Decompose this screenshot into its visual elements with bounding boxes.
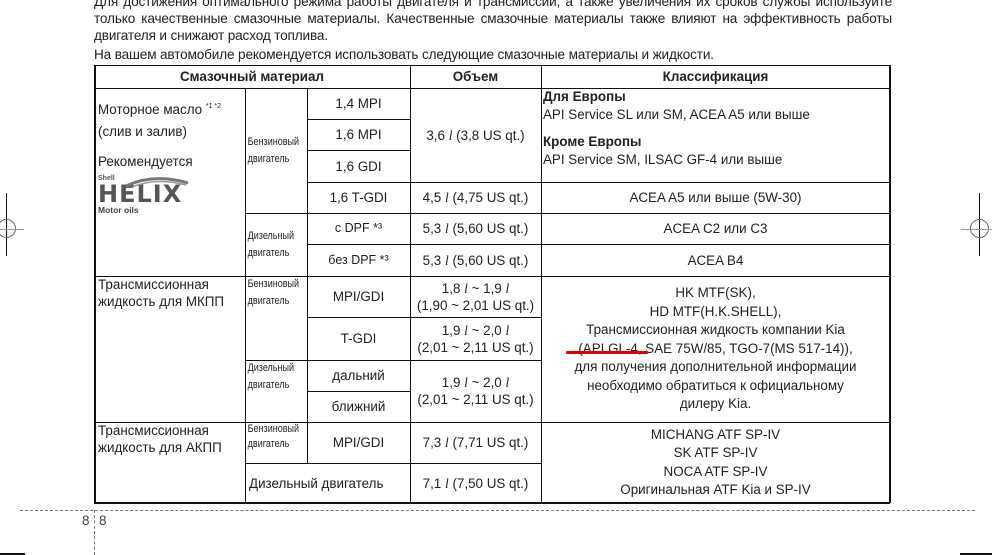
page-fold-line xyxy=(20,510,975,511)
classification-line: дилеру Kia. xyxy=(680,395,751,414)
lubricants-table: Смазочный материал Объем Классификация М… xyxy=(94,65,890,503)
intro-text: Для достижения оптимального режима работ… xyxy=(94,0,892,63)
variant-cell: с DPF *³ xyxy=(307,213,410,244)
manual-trans-classification: HK MTF(SK),HD MTF(H.K.SHELL),Трансмиссио… xyxy=(541,276,890,422)
volume-cell: 7,1 l (7,50 US qt.) xyxy=(410,463,541,503)
engine-oil-classification: Для Европы API Service SL или SM, ACEA A… xyxy=(543,88,883,169)
variant-cell: T-GDI xyxy=(307,317,410,360)
page-number-right: 8 xyxy=(99,513,107,528)
classification-line: необходимо обратиться к официальному xyxy=(587,377,844,396)
engine-oil-label: Моторное масло *1 *2 (слив и залив) Реко… xyxy=(98,96,221,173)
classification-cell: ACEA C2 или C3 xyxy=(541,213,890,244)
variant-cell: 1,4 MPI xyxy=(307,88,410,119)
classification-line: (API GL-4, SAE 75W/85, TGO-7(MS 517-14))… xyxy=(578,340,852,359)
variant-cell: MPI/GDI xyxy=(307,422,410,463)
volume-cell: 5,3 l (5,60 US qt.) xyxy=(410,213,541,244)
engine-oil-petrol-label: Бензиновый двигатель xyxy=(246,88,305,213)
auto-trans-label: Трансмиссионная жидкость для АКПП xyxy=(94,422,245,503)
manual-trans-label: Трансмиссионная жидкость для МКПП xyxy=(94,276,245,422)
manual-trans-diesel-label: Дизельный двигатель xyxy=(246,360,305,422)
page-number-left: 8 xyxy=(82,513,90,528)
variant-cell: 1,6 T-GDI xyxy=(307,182,410,213)
classification-line: для получения дополнительной информации xyxy=(574,358,856,377)
engine-oil-diesel-label: Дизельный двигатель xyxy=(246,213,305,276)
volume-cell: 1,9 l ~ 2,0 l (2,01 ~ 2,11 US qt.) xyxy=(410,360,541,422)
variant-cell: 1,6 MPI xyxy=(307,119,410,150)
header-material: Смазочный материал xyxy=(94,65,410,88)
variant-cell: без DPF *³ xyxy=(307,244,410,276)
variant-cell: ближний xyxy=(307,391,410,422)
manual-trans-petrol-label: Бензиновый двигатель xyxy=(246,276,305,360)
auto-trans-diesel-label: Дизельный двигатель xyxy=(245,463,410,503)
classification-line: MICHANG ATF SP-IV xyxy=(651,426,780,445)
intro-paragraph: Для достижения оптимального режима работ… xyxy=(94,0,892,45)
auto-trans-petrol-label: Бензиновый двигатель xyxy=(246,422,305,463)
volume-cell: 5,3 l (5,60 US qt.) xyxy=(410,244,541,276)
classification-line: SK ATF SP-IV xyxy=(674,444,758,463)
classification-cell: ACEA A5 или выше (5W-30) xyxy=(541,182,890,213)
header-classification: Классификация xyxy=(541,65,890,88)
auto-trans-classification: MICHANG ATF SP-IVSK ATF SP-IVNOCA ATF SP… xyxy=(541,422,890,503)
variant-cell: MPI/GDI xyxy=(307,276,410,317)
volume-cell: 1,9 l ~ 2,0 l (2,01 ~ 2,11 US qt.) xyxy=(410,317,541,360)
volume-cell: 7,3 l (7,71 US qt.) xyxy=(410,422,541,463)
header-volume: Объем xyxy=(410,65,541,88)
classification-line: HK MTF(SK), xyxy=(675,284,755,303)
classification-line: NOCA ATF SP-IV xyxy=(664,463,768,482)
variant-cell: дальний xyxy=(307,360,410,391)
classification-cell: ACEA B4 xyxy=(541,244,890,276)
swoosh-icon xyxy=(124,175,190,187)
red-underline-highlight xyxy=(566,351,648,354)
classification-line: Оригинальная ATF Kia и SP-IV xyxy=(620,481,810,500)
intro-recommendation: На вашем автомобиле рекомендуется исполь… xyxy=(94,46,892,63)
volume-cell: 3,6 l (3,8 US qt.) xyxy=(410,88,541,182)
variant-cell: 1,6 GDI xyxy=(307,150,410,182)
classification-line: Трансмиссионная жидкость компании Kia xyxy=(586,321,845,340)
recommended-label: Рекомендуется xyxy=(98,151,221,173)
page-gutter-line xyxy=(94,510,95,555)
volume-cell: 4,5 l (4,75 US qt.) xyxy=(410,182,541,213)
classification-line: HD MTF(H.K.SHELL), xyxy=(650,303,782,322)
shell-helix-logo: Shell HELIX Motor oils xyxy=(98,175,193,215)
volume-cell: 1,8 l ~ 1,9 l (1,90 ~ 2,01 US qt.) xyxy=(410,276,541,317)
